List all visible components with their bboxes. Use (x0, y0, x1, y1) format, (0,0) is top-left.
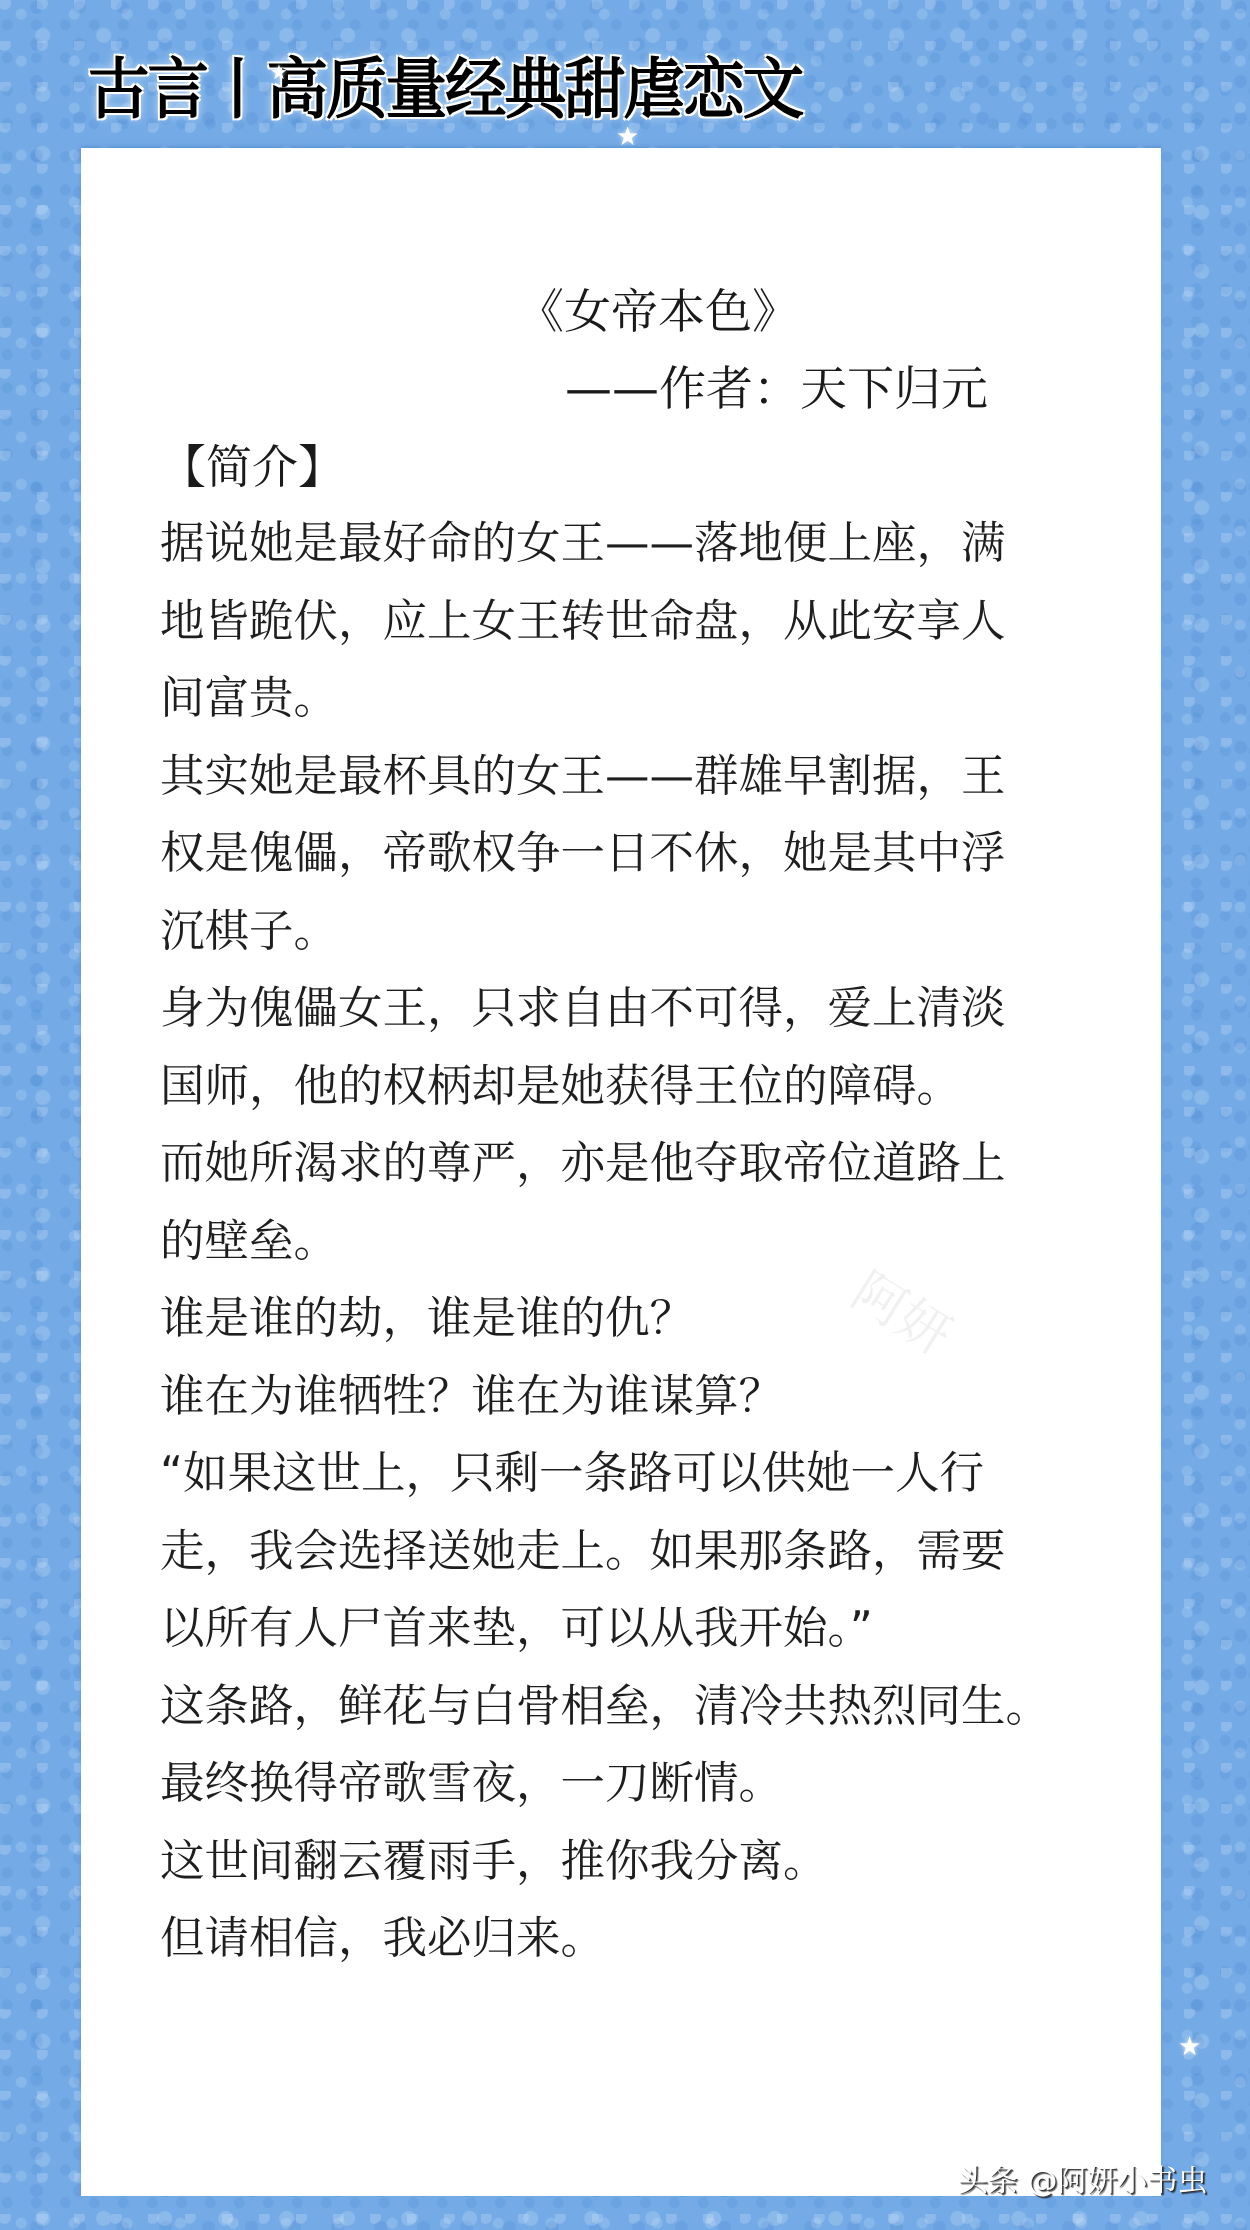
synopsis-line: 最终换得帝歌雪夜，一刀断情。 (160, 1745, 1090, 1823)
page-header-title: 古言丨高质量经典甜虐恋文 (88, 40, 802, 140)
synopsis-line: 这条路，鲜花与白骨相垒，清冷共热烈同生。 (160, 1668, 1090, 1746)
synopsis-line: 国师，他的权柄却是她获得王位的障碍。 (160, 1048, 1090, 1126)
synopsis-line: 以所有人尸首来垫，可以从我开始。” (160, 1590, 1090, 1668)
synopsis-line: 走，我会选择送她走上。如果那条路，需要 (160, 1513, 1090, 1591)
synopsis-line: 据说她是最好命的女王——落地便上座，满 (160, 505, 1090, 583)
synopsis-line: 身为傀儡女王，只求自由不可得，爱上清淡 (160, 970, 1090, 1048)
footer-watermark: 头条 @阿妍小书虫 (958, 2160, 1208, 2204)
synopsis-line: 的壁垒。 (160, 1203, 1090, 1281)
synopsis-line: 地皆跪伏，应上女王转世命盘，从此安享人 (160, 583, 1090, 661)
star-icon: ★ (616, 124, 639, 150)
synopsis-line: 而她所渴求的尊严，亦是他夺取帝位道路上 (160, 1125, 1090, 1203)
star-icon: ★ (1178, 2034, 1201, 2060)
synopsis-line: 但请相信，我必归来。 (160, 1900, 1090, 1978)
synopsis-line: 谁在为谁牺牲？谁在为谁谋算？ (160, 1358, 1090, 1436)
star-icon: ★ (270, 62, 288, 82)
synopsis-body: 据说她是最好命的女王——落地便上座，满 地皆跪伏，应上女王转世命盘，从此安享人 … (160, 505, 1090, 1978)
synopsis-line: 权是傀儡，帝歌权争一日不休，她是其中浮 (160, 815, 1090, 893)
synopsis-line: 沉棋子。 (160, 893, 1090, 971)
synopsis-line: 间富贵。 (160, 660, 1090, 738)
synopsis-heading: 【简介】 (160, 432, 344, 502)
synopsis-line: 这世间翻云覆雨手，推你我分离。 (160, 1823, 1090, 1901)
synopsis-line: 其实她是最杯具的女王——群雄早割据，王 (160, 738, 1090, 816)
book-author: ——作者：天下归元 (565, 355, 988, 425)
book-title: 《女帝本色》 (517, 278, 799, 348)
synopsis-line: “如果这世上，只剩一条路可以供她一人行 (160, 1435, 1090, 1513)
